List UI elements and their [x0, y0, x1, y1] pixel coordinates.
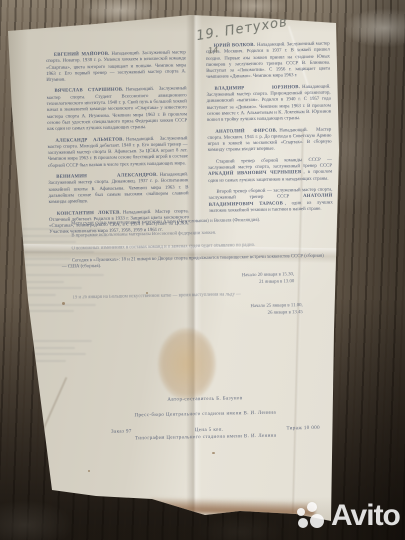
author-line: Автор-составитель Б. Базунов	[62, 394, 347, 404]
coach-paragraph: Старший тренер сборной команды СССР — за…	[208, 157, 332, 185]
player-paragraph: АЛЕКСАНДР АЛЬМЕТОВ.Нападающий. Заслуженн…	[47, 136, 188, 170]
avito-watermark: Avito	[297, 501, 400, 531]
player-paragraph: ВЕНИАМИН АЛЕКСАНДРОВ.Нападающий. Заслуже…	[48, 172, 189, 206]
player-name: АНАТОЛИЙ ФИРСОВ.	[215, 128, 277, 134]
print-run: Тираж 10 000	[286, 426, 320, 432]
imprint-block: Автор-составитель Б. Базунов Пресс-бюро …	[62, 394, 348, 442]
coach-paragraph: Второй тренер сборной — заслуженный маст…	[208, 187, 332, 215]
player-paragraph: ВЯЧЕСЛАВ СТАРШИНОВ.Нападающий. Заслуженн…	[47, 87, 188, 134]
price: Цена 5 коп.	[195, 428, 224, 434]
press-bureau-line: Пресс-бюро Центрального стадиона имени В…	[63, 409, 348, 419]
player-paragraph: ВЛАДИМИР ЮРЗИНОВ.Нападающий. Заслуженный…	[206, 84, 331, 124]
right-column: ЮРИЙ ВОЛКОВ.Нападающий. Заслуженный маст…	[206, 42, 333, 220]
handwritten-number: 14	[208, 45, 219, 55]
order-number: Заказ 97	[111, 429, 132, 434]
notes-section: Матч судят судьи международной категории…	[61, 217, 331, 327]
today-announcement: Сегодня в «Лужниках»: 18 и 21 января во …	[62, 253, 330, 271]
player-name: ЕВГЕНИЙ МАЙОРОВ.	[54, 52, 110, 58]
player-name: КОНСТАНТИН ЛОКТЕВ.	[57, 210, 121, 216]
player-paragraph: ЮРИЙ ВОЛКОВ.Нападающий. Заслуженный маст…	[206, 42, 331, 82]
player-name: ВЯЧЕСЛАВ СТАРШИНОВ.	[55, 88, 124, 94]
player-paragraph: АНАТОЛИЙ ФИРСОВ.Нападающий. Мастер спорт…	[207, 127, 331, 155]
second-announcement: 19 и 26 января на Большом искусственном …	[62, 291, 330, 302]
player-paragraph: ЕВГЕНИЙ МАЙОРОВ.Нападающий. Заслуженный …	[46, 50, 187, 84]
photo-of-hockey-programme: ЕВГЕНИЙ МАЙОРОВ.Нападающий. Заслуженный …	[0, 0, 405, 540]
programme-note: В программе использованы материалы Всесо…	[61, 229, 329, 240]
avito-logo-icon	[297, 502, 326, 531]
schedule-2: Начало 25 января в 11.00, 26 января в 13…	[63, 303, 331, 321]
player-name: ЮРИЙ ВОЛКОВ.	[214, 43, 255, 49]
schedule-1: Начало 20 января в 15.30, 21 января в 13…	[62, 272, 330, 290]
watermark-label: Avito	[331, 501, 400, 531]
player-name: АЛЕКСАНДР АЛЬМЕТОВ.	[55, 137, 124, 143]
radio-note: О возможных изменениях в составах команд…	[62, 241, 330, 252]
left-column: ЕВГЕНИЙ МАЙОРОВ.Нападающий. Заслуженный …	[46, 50, 190, 241]
